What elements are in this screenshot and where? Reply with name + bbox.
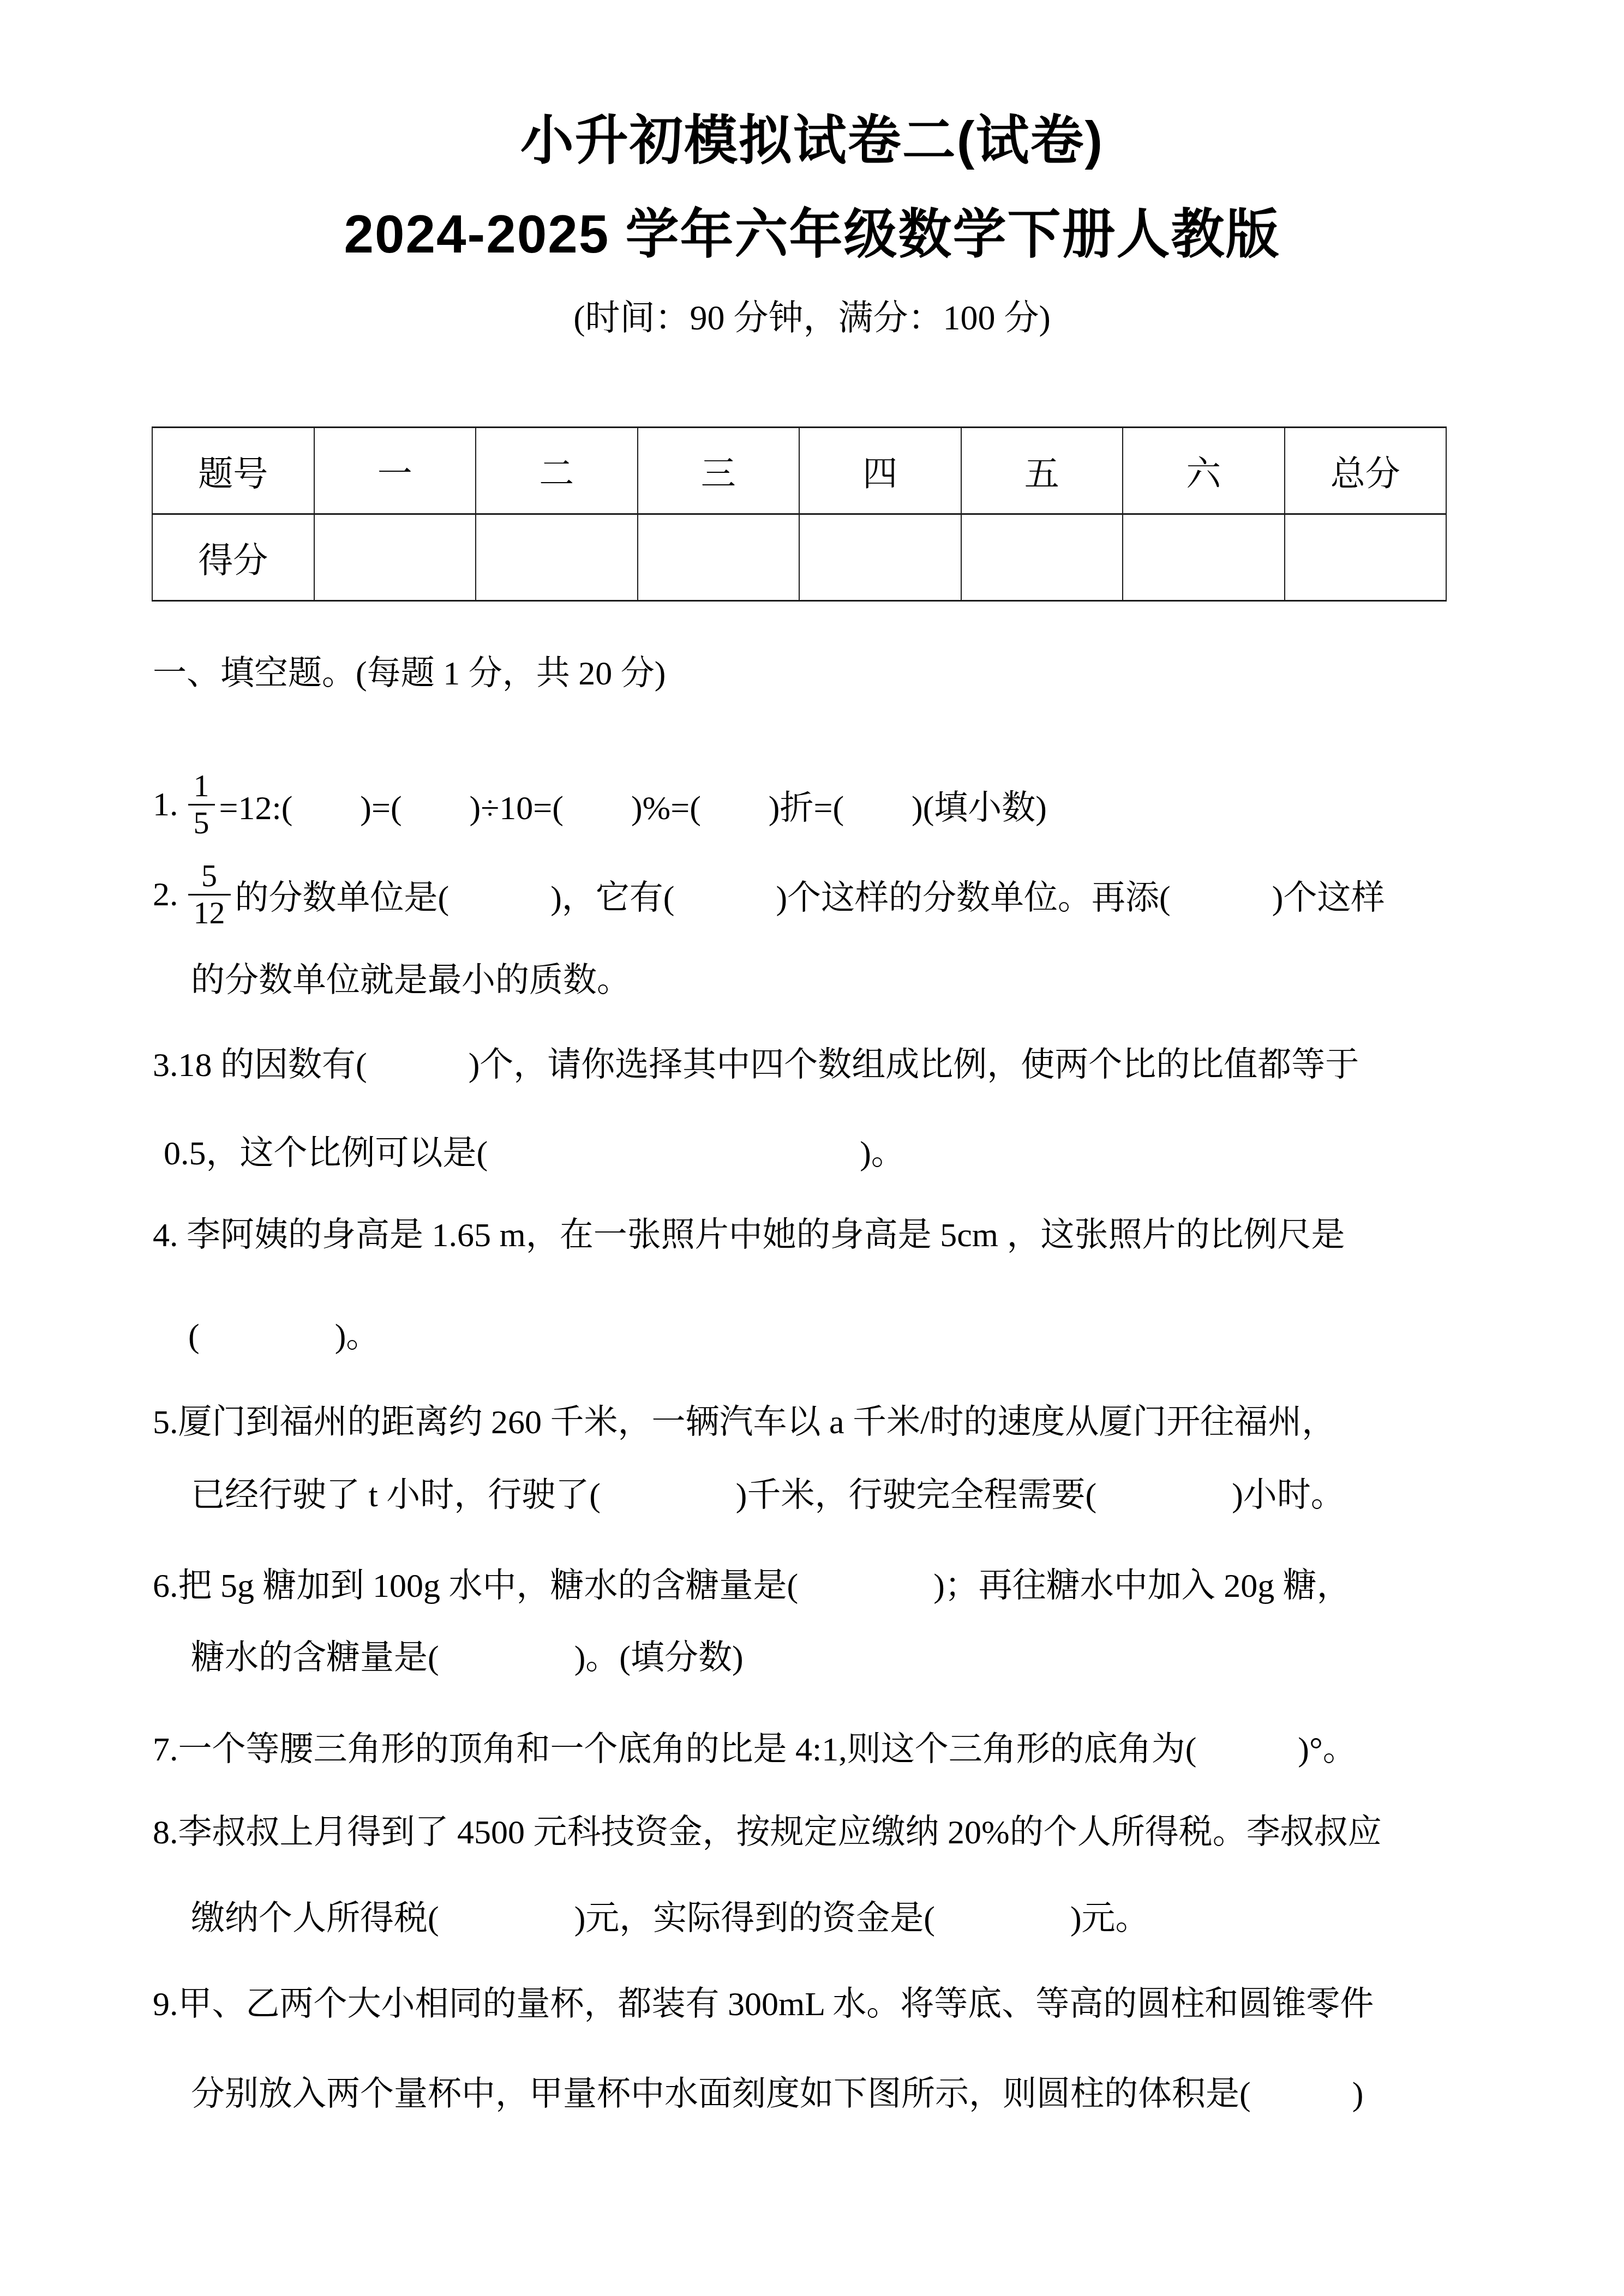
exam-subtitle: (时间：90 分钟，满分：100 分): [0, 293, 1624, 342]
question-3-line2: 0.5，这个比例可以是( )。: [164, 1132, 905, 1175]
question-6-line2: 糖水的含糖量是( )。(填分数): [191, 1636, 744, 1680]
section-one-heading: 一、填空题。(每题 1 分，共 20 分): [153, 652, 666, 695]
exam-title-line2: 2024-2025 学年六年级数学下册人教版: [0, 199, 1624, 269]
fraction-five-twelfths: 5 12: [188, 858, 231, 931]
fraction-numerator: 5: [188, 858, 231, 894]
score-table-header-cell: 题号: [152, 428, 314, 514]
fraction-denominator: 5: [188, 804, 215, 841]
question-1-line1: 1. 1 5 =12:( )=( )÷10=( )%=( )折=( )(填小数): [153, 755, 1047, 854]
score-cell-empty: [1285, 514, 1447, 601]
question-2-text: 的分数单位是( )，它有( )个这样的分数单位。再添( )个这样: [235, 870, 1385, 919]
score-cell-empty: [961, 514, 1123, 601]
question-2-number: 2.: [153, 875, 178, 914]
question-2-line1: 2. 5 12 的分数单位是( )，它有( )个这样的分数单位。再添( )个这样: [153, 845, 1385, 943]
fraction-denominator: 12: [188, 894, 231, 931]
question-2-line2: 的分数单位就是最小的质数。: [191, 959, 631, 1002]
question-4-line1: 4. 李阿姨的身高是 1.65 m，在一张照片中她的身高是 5cm ，这张照片的…: [153, 1213, 1345, 1257]
score-cell-empty: [799, 514, 961, 601]
fraction-numerator: 1: [188, 768, 215, 804]
question-1-text: =12:( )=( )÷10=( )%=( )折=( )(填小数): [219, 780, 1047, 829]
score-table-header-cell: 四: [799, 428, 961, 514]
score-row-label: 得分: [152, 514, 314, 601]
question-8-line1: 8.李叔叔上月得到了 4500 元科技资金，按规定应缴纳 20%的个人所得税。李…: [153, 1811, 1382, 1854]
score-table: 题号 一 二 三 四 五 六 总分 得分: [152, 426, 1447, 602]
score-cell-empty: [314, 514, 476, 601]
exam-document: 小升初模拟试卷二(试卷) 2024-2025 学年六年级数学下册人教版 (时间：…: [0, 0, 1624, 2296]
question-7-line1: 7.一个等腰三角形的顶角和一个底角的比是 4:1,则这个三角形的底角为( )°。: [153, 1728, 1357, 1771]
question-5-line2: 已经行驶了 t 小时，行驶了( )千米，行驶完全程需要( )小时。: [191, 1474, 1345, 1517]
exam-title-line1: 小升初模拟试卷二(试卷): [0, 105, 1624, 176]
score-cell-empty: [476, 514, 638, 601]
question-3-line1: 3.18 的因数有( )个，请你选择其中四个数组成比例，使两个比的比值都等于: [153, 1043, 1359, 1087]
score-table-header-cell: 六: [1123, 428, 1285, 514]
question-1-number: 1.: [153, 785, 178, 824]
score-table-header-cell: 总分: [1285, 428, 1447, 514]
question-4-line2: ( )。: [188, 1314, 380, 1358]
score-cell-empty: [638, 514, 800, 601]
score-table-header-cell: 五: [961, 428, 1123, 514]
score-table-score-row: 得分: [152, 514, 1446, 601]
score-cell-empty: [1123, 514, 1285, 601]
question-8-line2: 缴纳个人所得税( )元，实际得到的资金是( )元。: [191, 1897, 1149, 1940]
question-9-line1: 9.甲、乙两个大小相同的量杯，都装有 300mL 水。将等底、等高的圆柱和圆锥零…: [153, 1982, 1374, 2026]
score-table-header-cell: 一: [314, 428, 476, 514]
question-5-line1: 5.厦门到福州的距离约 260 千米，一辆汽车以 a 千米/时的速度从厦门开往福…: [153, 1401, 1335, 1444]
score-table-header-cell: 三: [638, 428, 800, 514]
question-9-line2: 分别放入两个量杯中，甲量杯中水面刻度如下图所示，则圆柱的体积是( ): [191, 2072, 1363, 2116]
question-6-line1: 6.把 5g 糖加到 100g 水中，糖水的含糖量是( )；再往糖水中加入 20…: [153, 1564, 1351, 1608]
score-table-header-cell: 二: [476, 428, 638, 514]
score-table-header-row: 题号 一 二 三 四 五 六 总分: [152, 428, 1446, 514]
fraction-one-fifth: 1 5: [188, 768, 215, 841]
